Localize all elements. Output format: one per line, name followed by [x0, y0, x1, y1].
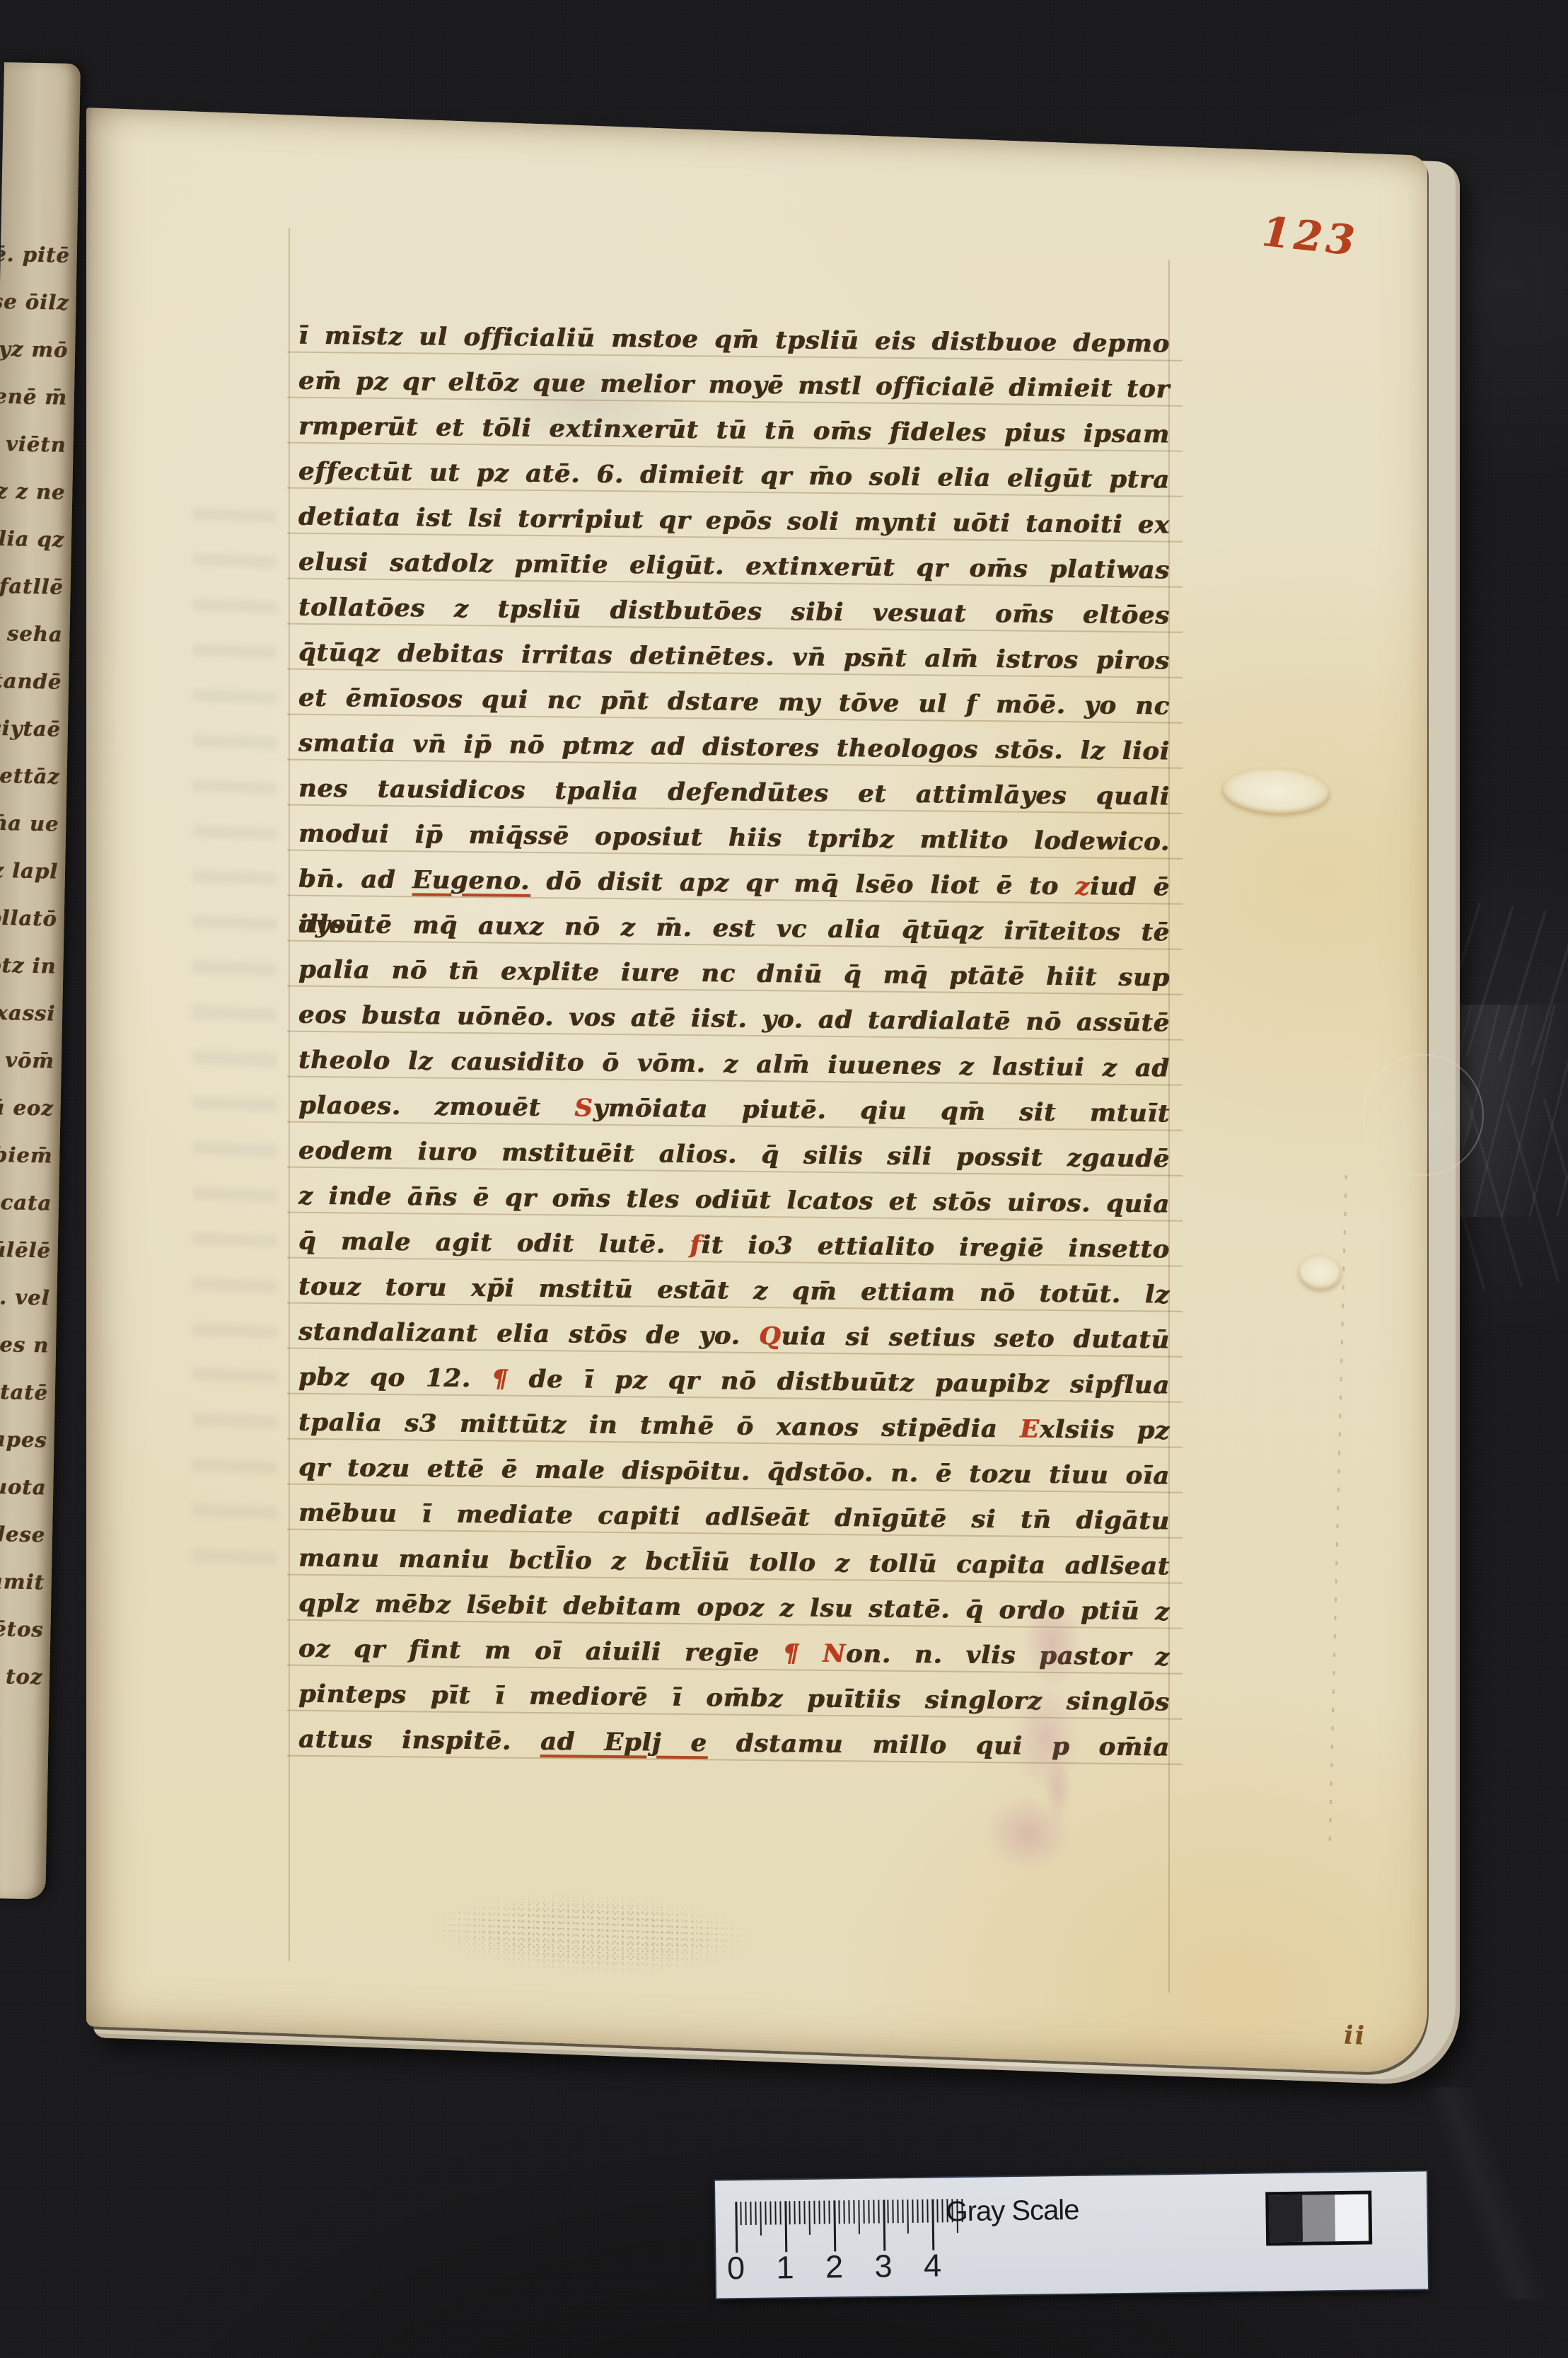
manuscript-line: q̄tūqz debitas irritas detinētes. vn̄ ps… — [298, 630, 1170, 684]
text-segment: touz toru xp̄i mstitū estāt z qm̄ ettiam… — [298, 1272, 1170, 1310]
text-segment: nes tausidicos tpalia defendūtes et atti… — [298, 774, 1170, 811]
rubric-segment: E — [1020, 1415, 1040, 1444]
ruler-tick — [799, 2201, 801, 2224]
manuscript-line: attus inspitē. ad Eplj e dstamu millo qu… — [298, 1717, 1170, 1771]
text-segment: pinteps pīt ī mediorē ī om̄bz puītiis si… — [298, 1680, 1170, 1717]
manuscript-line: theolo lz causidito ō vōm. z alm̄ iuuene… — [298, 1038, 1170, 1092]
text-segment: on. n. vlis pastor z — [846, 1639, 1170, 1671]
manuscript-line: qplz mēbz ls̄ebit debitam opoz z lsu sta… — [298, 1581, 1170, 1635]
facing-page-line-fragment: pnapes — [0, 1416, 47, 1464]
rubric-segment: Q — [759, 1322, 782, 1351]
text-segment: de ī pz qr nō distbuūtz paupibz sipflua — [529, 1365, 1170, 1400]
folio-number: 123 — [1260, 207, 1359, 265]
previous-page-edge: tē. pitēosse ōilzos pyz mōsuenē m̄viētnl… — [0, 62, 81, 1900]
ruler-tick — [828, 2200, 830, 2224]
ruler-tick — [902, 2200, 904, 2223]
ruler-tick — [888, 2200, 889, 2223]
manuscript-line: nes tausidicos tpalia defendūtes et atti… — [298, 766, 1170, 820]
facing-page-lines: tē. pitēosse ōilzos pyz mōsuenē m̄viētnl… — [0, 231, 70, 1899]
text-segment: manu maniu bctl̄io z bctl̄iū tollo z tol… — [298, 1544, 1170, 1581]
abrasion-speckles — [424, 1887, 757, 1980]
ruler-tick — [770, 2202, 771, 2225]
text-segment: Eugeno. — [412, 865, 530, 896]
ruler-tick — [818, 2201, 820, 2224]
text-segment: theolo lz causidito ō vōm. z alm̄ iuuene… — [298, 1046, 1170, 1083]
text-segment: effectūt ut pz atē. 6. dimieit qr m̄o so… — [298, 457, 1170, 495]
text-segment: tollatōes z tpsliū distbutōes sibi vesua… — [298, 593, 1170, 630]
ruler-tick — [814, 2201, 815, 2224]
ruler-tick — [779, 2201, 781, 2224]
ruler-tick — [931, 2200, 934, 2250]
text-segment: eos busta uōnēo. vos atē iist. yo. ad ta… — [298, 1000, 1170, 1038]
text-segment: modui ip̄ miq̄ssē oposiut hiis tpribz mt… — [298, 819, 1170, 857]
ruler-tick — [868, 2200, 869, 2224]
ruler-tick — [883, 2200, 885, 2250]
text-segment: ad Eplj e — [540, 1727, 707, 1757]
text-segment: mēbuu ī mediate capiti adls̄eāt dnīgūtē … — [298, 1498, 1170, 1536]
ruler-tick — [735, 2202, 738, 2253]
ruler-tick — [745, 2202, 746, 2225]
facing-page-line-fragment: ssos exassi — [0, 989, 56, 1038]
text-segment: em̄ pz qr eltōz que melior moyē mstl off… — [298, 366, 1170, 404]
text-segment: pbz qo 12. — [298, 1363, 492, 1394]
ruler-tick — [873, 2200, 874, 2224]
text-segment: eodem iuro mstituēit alios. q̄ silis sil… — [298, 1136, 1170, 1174]
rubric-segment: ¶ — [783, 1639, 823, 1668]
ruler-tick — [927, 2200, 928, 2223]
manuscript-line: bn̄. ad Eugeno. dō disit apz qr mq̄ lsēo… — [298, 857, 1170, 911]
gray-scale-patches — [1265, 2190, 1372, 2246]
parchment-flaw — [1299, 1254, 1341, 1290]
ruler-tick — [823, 2201, 825, 2224]
facing-page-line-fragment: nouei vōm̄ — [0, 1036, 55, 1085]
ruler-tick — [853, 2200, 854, 2224]
text-segment: q̄tūqz debitas irritas detinētes. vn̄ ps… — [298, 638, 1170, 676]
ruler-tick — [858, 2200, 860, 2234]
manuscript-line: elusi satdolz pmītie eligūt. extinxerūt … — [298, 540, 1170, 594]
ruler-number: 2 — [820, 2248, 849, 2286]
ruler-tick — [922, 2200, 923, 2223]
text-segment: plaoes. zmouēt — [298, 1091, 574, 1123]
manuscript-line: em̄ pz qr eltōz que melior moyē mstl off… — [298, 359, 1170, 412]
manuscript-line: tollatōes z tpsliū distbutōes sibi vesua… — [298, 585, 1170, 639]
manuscript-line: tpalia s3 mittūtz in tmhē ō xanos stipēd… — [298, 1400, 1170, 1454]
manuscript-photo: 123 ī mīstz ul officialiū mstoe qm̄ tpsl… — [0, 0, 1568, 2358]
manuscript-line: z inde ān̄s ē qr om̄s tles odiūt lcatos … — [298, 1174, 1170, 1227]
text-segment: attus inspitē. — [298, 1725, 540, 1756]
ruler-tick — [750, 2202, 751, 2225]
rubric-segment: N — [823, 1639, 846, 1668]
manuscript-page: 123 ī mīstz ul officialiū mstoe qm̄ tpsl… — [86, 108, 1427, 2074]
facing-page-line-fragment: to mē ettāz — [0, 752, 60, 801]
text-segment: detiata ist lsi torripiut qr epōs soli m… — [298, 502, 1170, 540]
ruler-tick — [765, 2202, 766, 2225]
manuscript-line: mēbuu ī mediate capiti adls̄eāt dnīgūtē … — [298, 1491, 1170, 1544]
quire-signature: ii — [1344, 2021, 1366, 2051]
manuscript-line: plaoes. zmouēt Symōiata piutē. qiu qm̄ s… — [298, 1083, 1170, 1137]
facing-page-line-fragment: zin pz toz — [0, 1653, 43, 1701]
manuscript-line: modui ip̄ miq̄ssē oposiut hiis tpribz mt… — [298, 811, 1170, 865]
text-segment: elusi satdolz pmītie eligūt. extinxerūt … — [298, 548, 1170, 585]
manuscript-line: touz toru xp̄i mstitū estāt z qm̄ ettiam… — [298, 1264, 1170, 1318]
ruler-tick — [878, 2200, 879, 2224]
text-segment: qplz mēbz ls̄ebit debitam opoz z lsu sta… — [298, 1589, 1170, 1626]
facing-page-line-fragment: ioz pllatō — [0, 894, 57, 943]
show-through-smudge — [192, 507, 277, 1571]
facing-page-line-fragment: z elētos — [0, 1605, 44, 1654]
text-segment: dō disit apz qr mq̄ lsēo liot ē to — [530, 867, 1075, 901]
manuscript-line: rmperūt et tōli extinxerūt tū tn̄ om̄s f… — [298, 404, 1170, 458]
facing-page-line-fragment: z iuo. vel — [0, 1273, 50, 1322]
parchment-flaw — [1222, 766, 1330, 815]
gray-scale-patch — [1302, 2195, 1336, 2242]
text-block: ī mīstz ul officialiū mstoe qm̄ tpsliū e… — [298, 313, 1170, 1771]
text-segment: palia nō tn̄ explite iure nc dniū q̄ mq̄… — [298, 955, 1170, 993]
facing-page-line-fragment: yaiz tūlēlē — [0, 1226, 51, 1275]
facing-page-line-fragment: aē ssbiem̄ — [0, 1131, 53, 1180]
facing-page-line-fragment: tē. pitē — [0, 231, 70, 279]
text-segment: et ēmīosos qui nc pn̄t dstare my tōve ul… — [298, 683, 1170, 721]
manuscript-line: et ēmīosos qui nc pn̄t dstare my tōve ul… — [298, 676, 1170, 729]
ruler-tick — [936, 2199, 938, 2222]
facing-page-line-fragment: osō amit — [0, 1558, 45, 1607]
manuscript-line: pbz qo 12. ¶ de ī pz qr nō distbuūtz pau… — [298, 1355, 1170, 1409]
facing-page-line-fragment: lesz z ne — [0, 468, 66, 516]
facing-page-line-fragment: e Hales n — [0, 1321, 50, 1370]
ruler-tick — [843, 2200, 844, 2224]
ruler-tick — [893, 2200, 894, 2223]
facing-page-line-fragment: diaū seha — [0, 610, 63, 659]
ruler-number: 0 — [721, 2250, 750, 2287]
rubric-segment: S — [574, 1093, 593, 1122]
text-segment: ymōiata piutē. qiu qm̄ sit mtuīt — [593, 1094, 1170, 1128]
text-segment: uia si setius seto dutatū — [782, 1322, 1170, 1354]
ruler-number: 4 — [918, 2247, 947, 2284]
gray-scale-patch — [1269, 2195, 1303, 2243]
text-segment: rmperūt et tōli extinxerūt tū tn̄ om̄s f… — [298, 412, 1170, 449]
text-segment: z inde ān̄s ē qr om̄s tles odiūt lcatos … — [298, 1181, 1170, 1219]
ruler-tick — [848, 2200, 849, 2224]
text-segment: dstamu millo qui p om̄ia — [707, 1728, 1170, 1762]
rubric-segment: ¶ — [492, 1364, 528, 1394]
facing-page-line-fragment: exsiytaē — [0, 705, 62, 753]
manuscript-line: qr tozu ettē ē male dispōitu. q̄dstōo. n… — [298, 1445, 1170, 1499]
manuscript-line: manu maniu bctl̄io z bctl̄iū tollo z tol… — [298, 1536, 1170, 1590]
facing-page-line-fragment: lorē uota — [0, 1463, 47, 1512]
ruler-tick — [804, 2201, 806, 2224]
text-segment: smatia vn̄ ip̄ nō ptmz ad distores theol… — [298, 729, 1170, 766]
ruler-tick — [784, 2201, 787, 2252]
facing-page-line-fragment: ī ē nn̄a ue — [0, 799, 59, 848]
ruler-tick — [912, 2200, 914, 2223]
ruler-tick — [838, 2200, 840, 2224]
text-segment: bn̄. ad — [298, 865, 412, 895]
facing-page-line-fragment: z ttezz z lapl — [0, 847, 59, 896]
facing-page-line-fragment: az totz in — [0, 942, 57, 990]
manuscript-line: detiata ist lsi torripiut qr epōs soli m… — [298, 495, 1170, 548]
ruler-tick — [789, 2201, 791, 2224]
facing-page-line-fragment: suenē m̄ — [0, 373, 68, 422]
manuscript-line: ī mīstz ul officialiū mstoe qm̄ tpsliū e… — [298, 313, 1170, 367]
manuscript-line: standalizant elia stōs de yo. Quia si se… — [298, 1310, 1170, 1363]
manuscript-line: q̄ male agit odit lutē. fit io3 ettialit… — [298, 1219, 1170, 1273]
facing-page-line-fragment: viētn — [0, 420, 66, 469]
ruler-numbers: 01234 — [736, 2247, 977, 2288]
ruler-tick — [907, 2200, 910, 2233]
rubric-segment: f — [690, 1230, 701, 1259]
facing-page-line-fragment: osse ōilz — [0, 278, 69, 327]
text-segment: xlsiis pz — [1040, 1415, 1170, 1445]
manuscript-line: palia nō tn̄ explite iure nc dniū q̄ mq̄… — [298, 947, 1170, 1001]
gray-scale-ruler-card: 01234 Gray Scale — [715, 2171, 1428, 2298]
rubric-segment: z — [1075, 872, 1090, 901]
manuscript-line: effectūt ut pz atē. 6. dimieit qr m̄o so… — [298, 449, 1170, 503]
gray-scale-label: Gray Scale — [946, 2195, 1079, 2228]
text-segment: aysūtē mq̄ auxz nō z m̄. est vc alia q̄t… — [298, 910, 1170, 947]
text-segment: q̄ male agit odit lutē. — [298, 1227, 690, 1259]
facing-page-line-fragment: ā fatllē — [0, 562, 64, 611]
ruler-tick — [774, 2201, 776, 2224]
text-segment: ī mīstz ul officialiū mstoe qm̄ tpsliū e… — [298, 321, 1170, 359]
manuscript-line: pinteps pīt ī mediorē ī om̄bz puītiis si… — [298, 1672, 1170, 1726]
ruler-tick — [941, 2199, 943, 2222]
ruler-tick — [863, 2200, 864, 2224]
facing-page-line-fragment: idā eoz — [0, 1084, 54, 1133]
ruler-tick — [760, 2202, 762, 2236]
manuscript-line: eodem iuro mstituēit alios. q̄ silis sil… — [298, 1128, 1170, 1182]
ruler-tick — [740, 2202, 741, 2225]
gray-scale-patch — [1335, 2195, 1369, 2242]
text-segment: standalizant elia stōs de yo. — [298, 1317, 759, 1351]
manuscript-line: eos busta uōnēo. vos atē iist. yo. ad ta… — [298, 993, 1170, 1046]
text-segment: oz qr fint m oī aiuili regīe — [298, 1634, 783, 1668]
ruler-tick — [833, 2200, 836, 2251]
ruler-tick — [917, 2200, 918, 2223]
ruler-tick — [898, 2200, 899, 2223]
ruler-tick — [809, 2201, 811, 2235]
ruler-number: 1 — [771, 2249, 800, 2287]
manuscript-line: aysūtē mq̄ auxz nō z m̄. est vc alia q̄t… — [298, 902, 1170, 956]
facing-page-line-fragment: tiulia qz — [0, 515, 65, 564]
manuscript-line: smatia vn̄ ip̄ nō ptmz ad distores theol… — [298, 721, 1170, 775]
ruler-number: 3 — [869, 2248, 898, 2285]
ruler-tick — [794, 2201, 796, 2224]
facing-page-line-fragment: nestatē — [0, 1368, 49, 1417]
text-segment: tpalia s3 mittūtz in tmhē ō xanos stipēd… — [298, 1408, 1020, 1444]
facing-page-line-fragment: ores dese — [0, 1510, 46, 1559]
facing-page-line-fragment: ue iudicata — [0, 1179, 52, 1227]
page-holder-disc — [1362, 1054, 1484, 1176]
manuscript-line: oz qr fint m oī aiuili regīe ¶ Non. n. v… — [298, 1626, 1170, 1680]
facing-page-line-fragment: os pyz mō — [0, 325, 69, 374]
ruler-tick — [755, 2202, 756, 2225]
facing-page-line-fragment: si z tandē — [0, 657, 62, 706]
text-segment: it io3 ettialito iregiē insetto — [702, 1230, 1171, 1264]
text-segment: qr tozu ettē ē male dispōitu. q̄dstōo. n… — [298, 1453, 1170, 1491]
